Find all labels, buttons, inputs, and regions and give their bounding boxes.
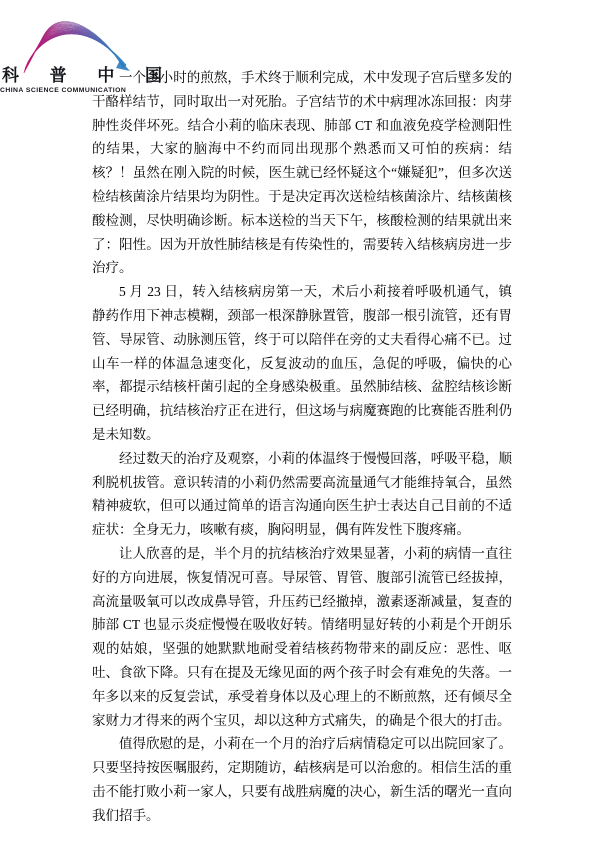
logo-char: 中 xyxy=(97,66,114,86)
logo-char: 科 xyxy=(2,66,19,86)
kepu-china-logo: 科 普 中 国 CHINA SCIENCE COMMUNICATION xyxy=(0,0,200,110)
paragraph: 5 月 23 日，转入结核病房第一天，术后小莉接着呼吸机通气，镇静药作用下神志模… xyxy=(92,280,512,447)
logo-subtitle: CHINA SCIENCE COMMUNICATION xyxy=(0,87,200,94)
paragraph: 让人欣喜的是，半个月的抗结核治疗效果显著，小莉的病情一直往好的方向进展，恢复情况… xyxy=(92,542,512,732)
logo-title: 科 普 中 国 xyxy=(2,66,162,86)
document-body: 一个多小时的煎熬，手术终于顺利完成，术中发现子宫后壁多发的干酪样结节，同时取出一… xyxy=(92,66,512,828)
document-page: 科 普 中 国 CHINA SCIENCE COMMUNICATION 一个多小… xyxy=(0,0,596,842)
paragraph: 经过数天的治疗及观察，小莉的体温终于慢慢回落，呼吸平稳，顺利脱机拔管。意识转清的… xyxy=(92,447,512,542)
logo-char: 国 xyxy=(145,66,162,86)
logo-char: 普 xyxy=(50,66,67,86)
paragraph: 值得欣慰的是，小莉在一个月的治疗后病情稳定可以出院回家了。只要坚持按医嘱服药，定… xyxy=(92,732,512,827)
